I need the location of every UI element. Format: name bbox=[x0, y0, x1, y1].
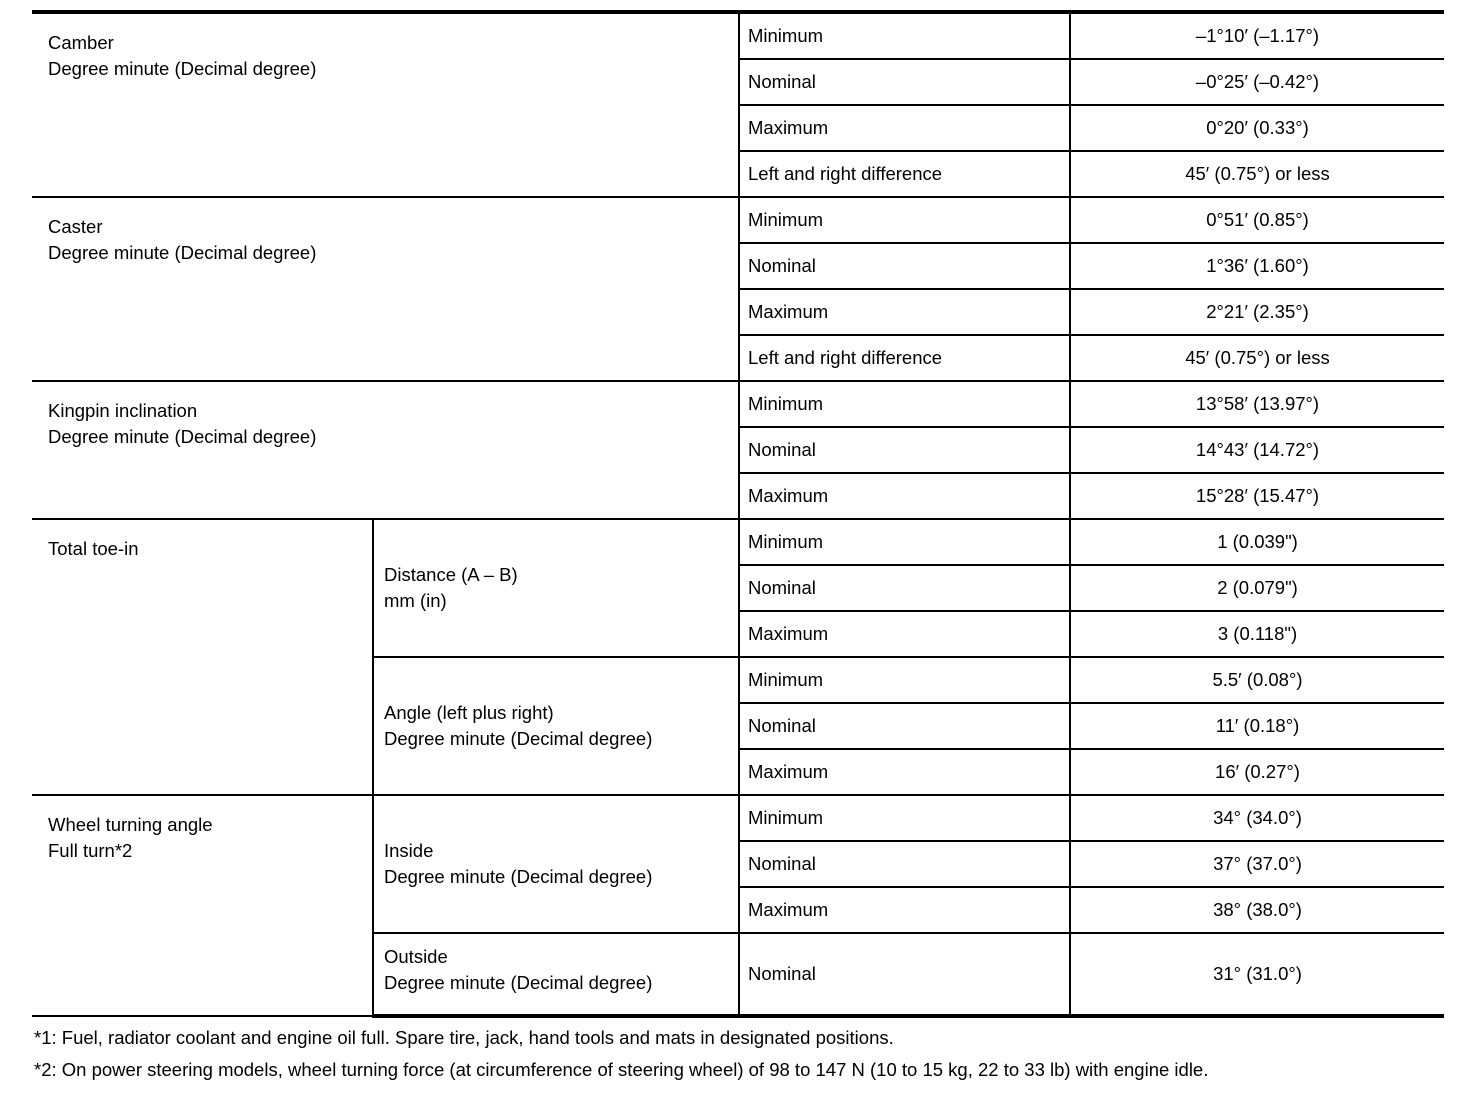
row-value: 31° (31.0°) bbox=[1070, 933, 1444, 1016]
caster-unit: Degree minute (Decimal degree) bbox=[48, 240, 738, 266]
row-value: 16′ (0.27°) bbox=[1070, 749, 1444, 795]
kingpin-label: Kingpin inclination bbox=[48, 398, 738, 424]
row-kind: Nominal bbox=[739, 703, 1070, 749]
footnotes: *1: Fuel, radiator coolant and engine oi… bbox=[34, 1025, 1448, 1089]
toe-in-label: Total toe-in bbox=[48, 536, 372, 562]
camber-label: Camber bbox=[48, 30, 738, 56]
toe-distance-unit: mm (in) bbox=[384, 588, 738, 614]
turning-sublabel: Full turn*2 bbox=[48, 838, 372, 864]
row-kind: Nominal bbox=[739, 243, 1070, 289]
row-value: 3 (0.118") bbox=[1070, 611, 1444, 657]
row-value: 2 (0.079") bbox=[1070, 565, 1444, 611]
footnote-2: *2: On power steering models, wheel turn… bbox=[34, 1057, 1448, 1083]
row-value: –1°10′ (–1.17°) bbox=[1070, 12, 1444, 59]
row-kind: Minimum bbox=[739, 197, 1070, 243]
row-kind: Nominal bbox=[739, 933, 1070, 1016]
row-value: 45′ (0.75°) or less bbox=[1070, 335, 1444, 381]
table-row: Camber Degree minute (Decimal degree) Mi… bbox=[32, 12, 1444, 59]
row-kind: Nominal bbox=[739, 565, 1070, 611]
row-kind: Maximum bbox=[739, 611, 1070, 657]
camber-label-cell: Camber Degree minute (Decimal degree) bbox=[32, 12, 739, 197]
row-value: 15°28′ (15.47°) bbox=[1070, 473, 1444, 519]
row-kind: Maximum bbox=[739, 105, 1070, 151]
row-kind: Minimum bbox=[739, 12, 1070, 59]
kingpin-unit: Degree minute (Decimal degree) bbox=[48, 424, 738, 450]
row-kind: Minimum bbox=[739, 381, 1070, 427]
caster-label: Caster bbox=[48, 214, 738, 240]
row-kind: Nominal bbox=[739, 841, 1070, 887]
row-value: 5.5′ (0.08°) bbox=[1070, 657, 1444, 703]
toe-in-label-cell: Total toe-in bbox=[32, 519, 373, 795]
toe-distance-label: Distance (A – B) bbox=[384, 562, 738, 588]
row-kind: Nominal bbox=[739, 59, 1070, 105]
row-kind: Left and right difference bbox=[739, 335, 1070, 381]
turning-inside-unit: Degree minute (Decimal degree) bbox=[384, 864, 738, 890]
turning-outside-cell: Outside Degree minute (Decimal degree) bbox=[373, 933, 739, 1016]
turning-inside-cell: Inside Degree minute (Decimal degree) bbox=[373, 795, 739, 933]
row-value: 1°36′ (1.60°) bbox=[1070, 243, 1444, 289]
row-value: 11′ (0.18°) bbox=[1070, 703, 1444, 749]
row-kind: Maximum bbox=[739, 473, 1070, 519]
row-value: 13°58′ (13.97°) bbox=[1070, 381, 1444, 427]
row-kind: Maximum bbox=[739, 887, 1070, 933]
caster-label-cell: Caster Degree minute (Decimal degree) bbox=[32, 197, 739, 381]
kingpin-label-cell: Kingpin inclination Degree minute (Decim… bbox=[32, 381, 739, 519]
row-value: 0°51′ (0.85°) bbox=[1070, 197, 1444, 243]
toe-distance-cell: Distance (A – B) mm (in) bbox=[373, 519, 739, 657]
row-value: 37° (37.0°) bbox=[1070, 841, 1444, 887]
footnote-1: *1: Fuel, radiator coolant and engine oi… bbox=[34, 1025, 1448, 1051]
row-kind: Maximum bbox=[739, 289, 1070, 335]
turning-outside-unit: Degree minute (Decimal degree) bbox=[384, 970, 738, 996]
row-kind: Maximum bbox=[739, 749, 1070, 795]
toe-angle-cell: Angle (left plus right) Degree minute (D… bbox=[373, 657, 739, 795]
turning-label-cell: Wheel turning angle Full turn*2 bbox=[32, 795, 373, 1016]
row-kind: Minimum bbox=[739, 795, 1070, 841]
camber-unit: Degree minute (Decimal degree) bbox=[48, 56, 738, 82]
table-row: Kingpin inclination Degree minute (Decim… bbox=[32, 381, 1444, 427]
row-kind: Minimum bbox=[739, 519, 1070, 565]
row-value: 2°21′ (2.35°) bbox=[1070, 289, 1444, 335]
wheel-alignment-spec-table: Camber Degree minute (Decimal degree) Mi… bbox=[32, 10, 1444, 1018]
row-kind: Left and right difference bbox=[739, 151, 1070, 197]
toe-angle-unit: Degree minute (Decimal degree) bbox=[384, 726, 738, 752]
row-value: 14°43′ (14.72°) bbox=[1070, 427, 1444, 473]
row-value: 1 (0.039") bbox=[1070, 519, 1444, 565]
row-value: –0°25′ (–0.42°) bbox=[1070, 59, 1444, 105]
row-value: 0°20′ (0.33°) bbox=[1070, 105, 1444, 151]
turning-label: Wheel turning angle bbox=[48, 812, 372, 838]
table-row: Wheel turning angle Full turn*2 Inside D… bbox=[32, 795, 1444, 841]
row-value: 38° (38.0°) bbox=[1070, 887, 1444, 933]
row-value: 45′ (0.75°) or less bbox=[1070, 151, 1444, 197]
table-row: Total toe-in Distance (A – B) mm (in) Mi… bbox=[32, 519, 1444, 565]
toe-angle-label: Angle (left plus right) bbox=[384, 700, 738, 726]
row-value: 34° (34.0°) bbox=[1070, 795, 1444, 841]
row-kind: Minimum bbox=[739, 657, 1070, 703]
turning-inside-label: Inside bbox=[384, 838, 738, 864]
row-kind: Nominal bbox=[739, 427, 1070, 473]
turning-outside-label: Outside bbox=[384, 944, 738, 970]
table-row: Caster Degree minute (Decimal degree) Mi… bbox=[32, 197, 1444, 243]
